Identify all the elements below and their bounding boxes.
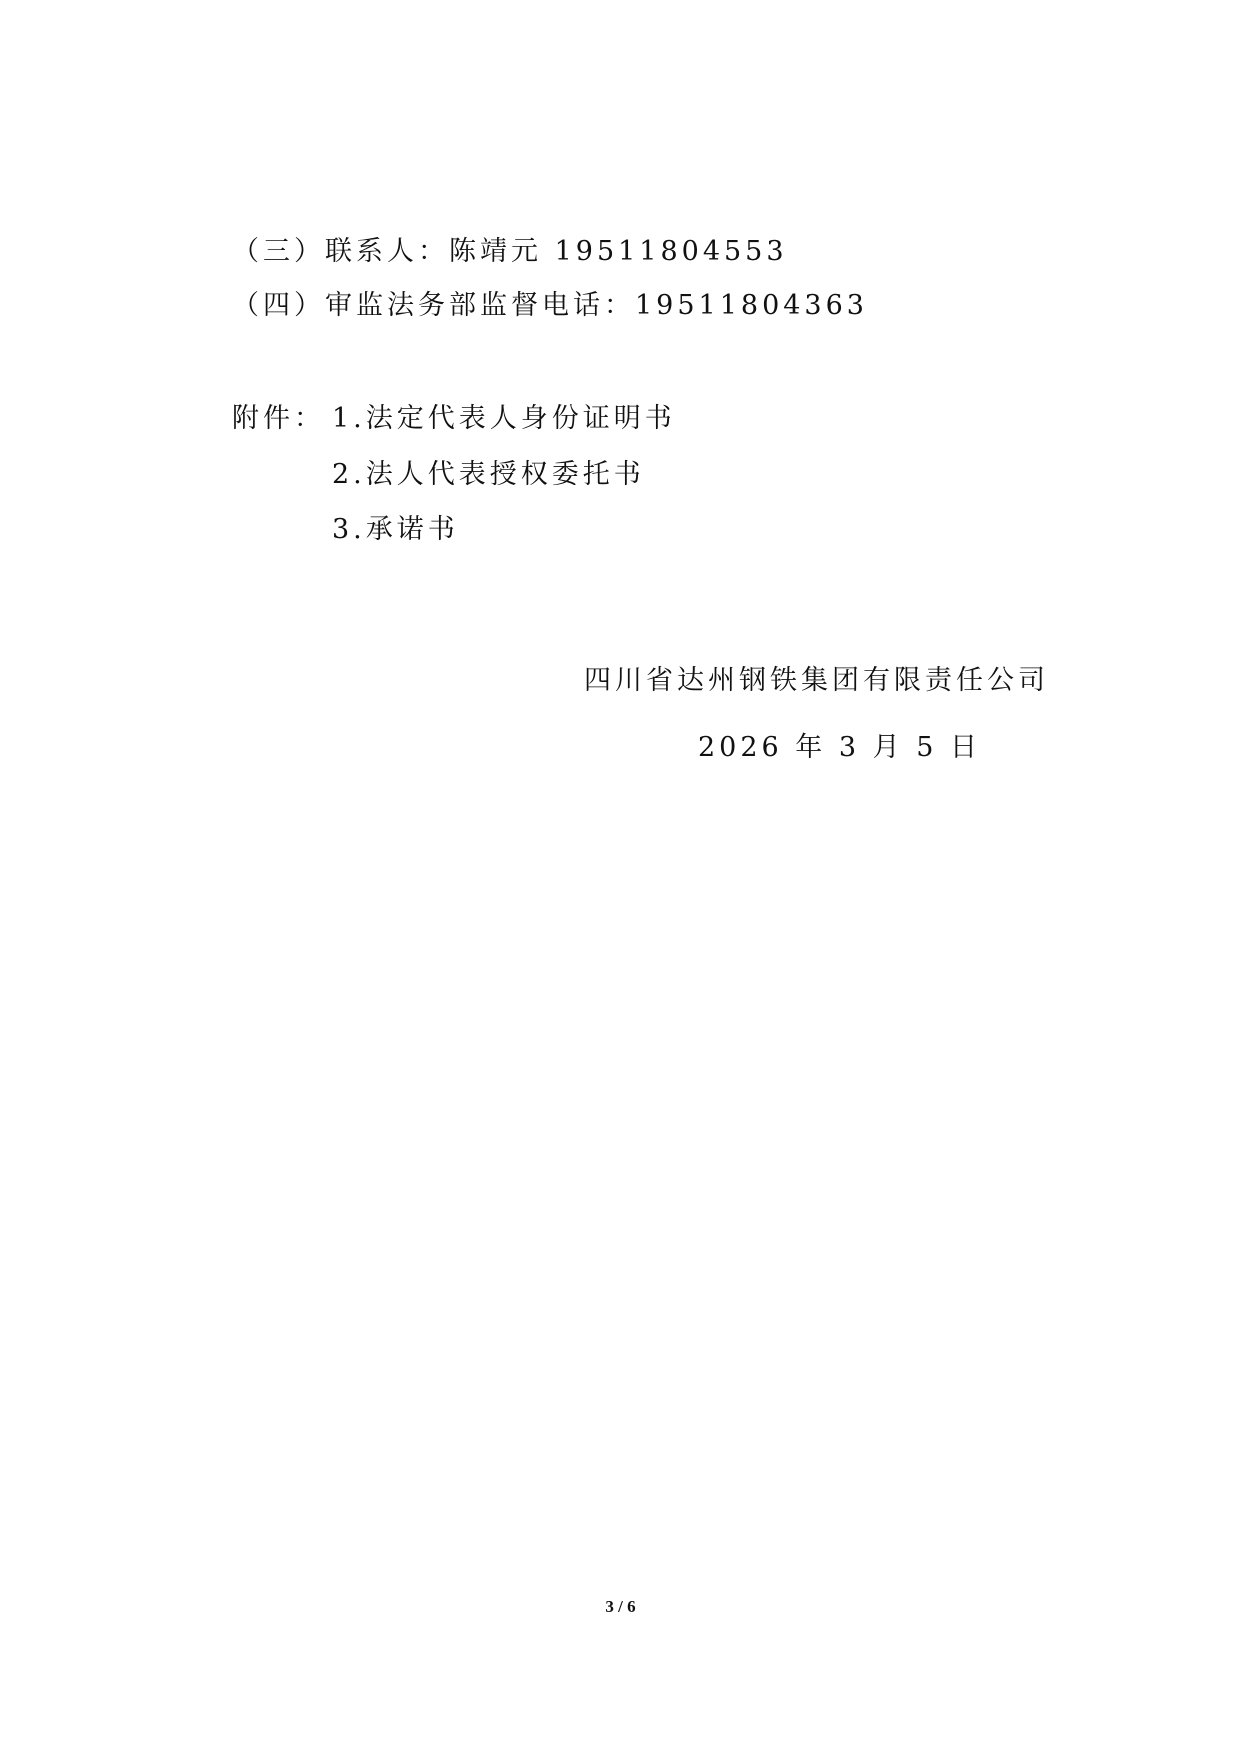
attachments-label: 附件： [232,405,325,432]
attachment-item-2: 2.法人代表授权委托书 [332,461,645,488]
attachment-item-3: 3.承诺书 [332,516,459,543]
attachment-item-1: 1.法定代表人身份证明书 [332,405,676,432]
page-number: 3 / 6 [0,1597,1241,1617]
signature-date: 2026 年 3 月 5 日 [698,734,981,761]
supervision-phone-line: （四）审监法务部监督电话：19511804363 [232,292,868,319]
signature-organization: 四川省达州钢铁集团有限责任公司 [584,667,1049,694]
contact-person-line: （三）联系人：陈靖元 19511804553 [232,238,788,265]
